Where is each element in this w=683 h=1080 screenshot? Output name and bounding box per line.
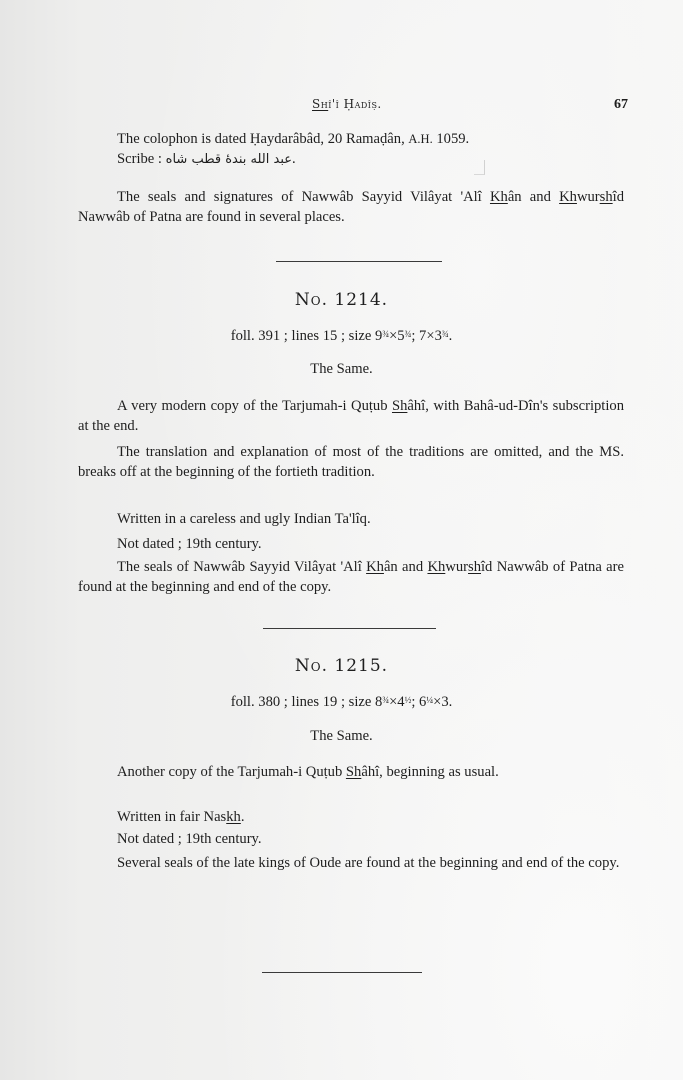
meta-text: ; 7×3	[411, 328, 442, 344]
colophon-paragraph: The colophon is dated Ḥaydarâbâd, 20 Ram…	[78, 130, 624, 150]
section-divider	[263, 628, 436, 629]
running-title: Shî'î Ḥadîṣ.	[312, 97, 382, 111]
scribe-label: Scribe :	[117, 151, 166, 167]
seals-paragraph: The seals and signatures of Nawwâb Sayyi…	[78, 188, 624, 227]
transliteration-underline: Kh	[366, 559, 384, 575]
section-divider	[276, 261, 442, 262]
entry-1215-script: Written in fair Naskh.	[78, 808, 624, 828]
meta-text: ×4	[389, 694, 405, 710]
manuscript-catalogue-page: Shî'î Ḥadîṣ. 67 The colophon is dated Ḥa…	[0, 0, 683, 1080]
transliteration-underline: Sh	[392, 398, 407, 414]
entry-1214-physical-description: foll. 391 ; lines 15 ; size 9¾×5¾; 7×3¾.	[0, 328, 683, 345]
meta-text: foll. 380 ; lines 19 ; size 8	[231, 694, 383, 710]
description-text: A very modern copy of the Tarjumah-i Quṭ…	[117, 398, 392, 414]
transliteration-underline: Kh	[490, 189, 508, 205]
colophon-text: The colophon is dated Ḥaydarâbâd, 20 Ram…	[117, 131, 408, 147]
meta-text: ×3.	[433, 694, 452, 710]
transliteration-underline: sh	[600, 189, 613, 205]
seals-text: The seals and signatures of Nawwâb Sayyi…	[117, 189, 490, 205]
entry-1214-contents-note: The translation and explanation of most …	[78, 443, 624, 482]
running-title-rest: î'î Ḥadîṣ.	[328, 97, 382, 111]
seals-text: wur	[577, 189, 600, 205]
entry-number-1214: No. 1214.	[0, 290, 683, 310]
page-header: Shî'î Ḥadîṣ. 67	[0, 97, 683, 117]
entry-1214-script: Written in a careless and ugly Indian Ta…	[78, 510, 624, 530]
entry-1215-description: Another copy of the Tarjumah-i Quṭub Shâ…	[78, 763, 624, 783]
entry-1215-title: The Same.	[0, 728, 683, 745]
bleed-through-mark	[474, 160, 485, 175]
meta-text: ×5	[389, 328, 405, 344]
description-text: âhî, beginning as usual.	[361, 764, 498, 780]
entry-1215-physical-description: foll. 380 ; lines 19 ; size 8¾×4½; 6¼×3.	[0, 694, 683, 711]
transliteration-underline: Sh	[346, 764, 361, 780]
meta-text: foll. 391 ; lines 15 ; size 9	[231, 328, 383, 344]
transliteration-underline: kh	[226, 809, 241, 825]
scribe-arabic-name: عبد الله بندهٔ قطب شاه	[166, 152, 292, 167]
entry-number-1215: No. 1215.	[0, 656, 683, 676]
entry-1214-date: Not dated ; 19th century.	[78, 535, 624, 555]
meta-text: .	[449, 328, 453, 344]
page-number: 67	[614, 97, 628, 113]
entry-1214-seals: The seals of Nawwâb Sayyid Vilâyat 'Alî …	[78, 558, 624, 597]
scribe-end: .	[292, 151, 296, 167]
entry-1214-title: The Same.	[0, 361, 683, 378]
transliteration-underline: Kh	[559, 189, 577, 205]
description-text: Another copy of the Tarjumah-i Quṭub	[117, 764, 346, 780]
scribe-paragraph: Scribe : عبد الله بندهٔ قطب شاه.	[78, 150, 624, 170]
running-title-underlined: Sh	[312, 97, 328, 111]
seals-text: ân and	[384, 559, 428, 575]
meta-text: ; 6	[411, 694, 426, 710]
seals-text: The seals of Nawwâb Sayyid Vilâyat 'Alî	[117, 559, 366, 575]
era-abbreviation: A.H.	[408, 132, 432, 146]
script-text: .	[241, 809, 245, 825]
entry-1214-description: A very modern copy of the Tarjumah-i Quṭ…	[78, 397, 624, 436]
colophon-year: 1059.	[433, 131, 469, 147]
transliteration-underline: Kh	[427, 559, 445, 575]
seals-text: wur	[445, 559, 468, 575]
fraction: ¾	[442, 329, 449, 339]
script-text: Written in fair Nas	[117, 809, 226, 825]
transliteration-underline: sh	[468, 559, 481, 575]
seals-text: ân and	[508, 189, 559, 205]
end-divider	[262, 972, 422, 973]
entry-1215-date: Not dated ; 19th century.	[78, 830, 624, 850]
entry-1215-seals: Several seals of the late kings of Oude …	[78, 854, 624, 874]
